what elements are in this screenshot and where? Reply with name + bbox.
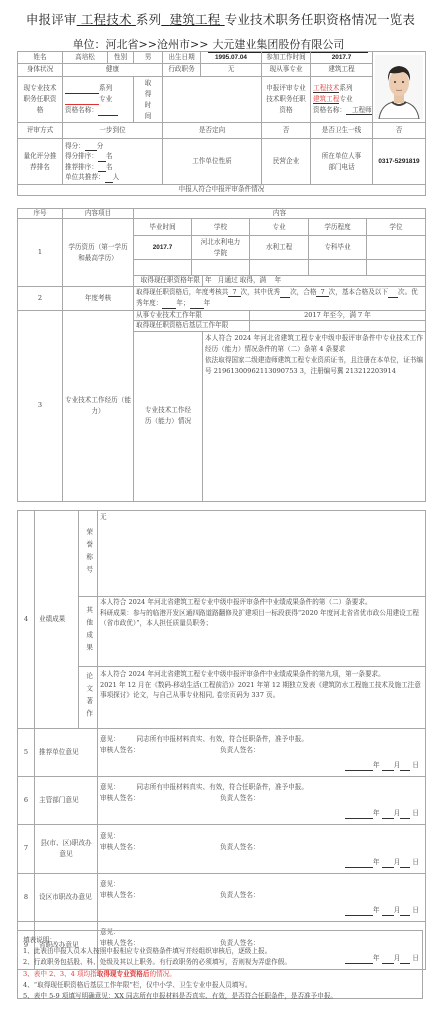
edu-item: 学历资历（第一学历和最高学历） (63, 219, 134, 286)
opinion-content: 意见： 审核人签名：负责人签名： 年 月 日 (98, 874, 426, 922)
edu-header-school: 学校 (192, 219, 250, 236)
filling-notes: 填表说明： 1、此表由申报人员本人按照申报相应专业资格条件填写并经组织审核后，逐… (17, 930, 423, 999)
note-item: 3、表中 2、3、4 项均指取得现专业资格后的情况。 (23, 969, 422, 980)
annual-text-b: 次，其中优秀 (241, 288, 281, 296)
annual-text-g: 年 (204, 299, 211, 307)
date-line: 年 月 日 (100, 808, 423, 819)
current-major-label: 现从事专业 (262, 64, 311, 77)
other-achievements-p2: 科研成果：参与的临港开发区通四路道路翻修及扩建项目一标段获得“2020 年度河北… (100, 608, 423, 629)
date-line: 年 月 日 (100, 857, 423, 868)
hr-phone-value: 0317-5291819 (373, 139, 426, 185)
current-series-suffix: 系列 (99, 84, 112, 92)
signature-line: 审核人签名：负责人签名： (100, 842, 423, 853)
edu-row2-col4 (309, 260, 367, 276)
paper-label-text: 论文著作 (83, 672, 92, 722)
score-rank-label: 得分排序： (65, 152, 98, 160)
conditions-table: 序号 内容项目 内容 1 学历资历（第一学历和最高学历） 毕业时间 学校 专业 … (17, 208, 426, 502)
experience-years-label: 从事专业技术工作年限 (134, 310, 250, 320)
birth-value: 1995.07.04 (201, 52, 262, 64)
grassroots-years-value (250, 321, 426, 331)
hr-phone-label: 所在单位人事部门电话 (311, 139, 373, 185)
opinion-label: 主管部门意见 (35, 777, 98, 825)
gender-value: 男 (134, 52, 163, 64)
date-line: 年 月 日 (100, 760, 423, 771)
opinion-row: 8 设区市职改办意见 意见： 审核人签名：负责人签名： 年 月 日 (18, 874, 426, 922)
edu-degree (367, 236, 426, 260)
note-3-b: 的情况。 (149, 970, 175, 978)
quant-values: 得分：分 得分排序：名 推荐排序：名 单位共推荐：人 (63, 139, 163, 185)
reviewer-signature-label: 审核人签名： (100, 745, 220, 756)
current-major-suffix: 专业 (99, 95, 112, 103)
opinion-label: 县(市、区)职改办意见 (35, 825, 98, 874)
obtain-time-value (163, 77, 262, 123)
paper-p2: 2021 年 12 月在《数码-移动生活(工程前沿)》2021 年第 12 期独… (100, 680, 423, 701)
col-no-header: 序号 (18, 209, 63, 219)
signature-line: 审核人签名：负责人签名： (100, 745, 423, 756)
opinion-label: 推荐单位意见 (35, 729, 98, 777)
title-suffix: 专业技术职务任职资格情况一览表 (225, 12, 416, 27)
opinion-text: 意见： 同志所有申报材料真实、有效，符合任职条件，准予申报。 (100, 734, 423, 745)
health-frontline-label: 是否卫生一线 (311, 123, 373, 139)
score-rank-unit: 名 (106, 152, 113, 160)
signature-line: 审核人签名：负责人签名： (100, 793, 423, 804)
leader-signature-label: 负责人签名： (220, 794, 260, 802)
score-unit: 分 (97, 142, 104, 150)
apply-series-suffix: 系列 (339, 84, 352, 92)
annual-text-d: 次，基本合格及以下 (329, 288, 388, 296)
year-label: 年 (373, 761, 380, 769)
year-label: 年 (373, 906, 380, 914)
annual-no: 2 (18, 286, 63, 310)
section-title: 申报人符合申报评审条件情况 (18, 185, 426, 196)
name-value: 高培松 (63, 52, 108, 64)
edu-row2-col2 (192, 260, 250, 276)
health-frontline-value: 否 (373, 123, 426, 139)
title-series: 工程技术 (81, 12, 132, 27)
opinion-content: 意见： 同志所有申报材料真实、有效，符合任职条件，准予申报。 审核人签名：负责人… (98, 777, 426, 825)
opinion-content: 意见： 同志所有申报材料真实、有效，符合任职条件，准予申报。 审核人签名：负责人… (98, 729, 426, 777)
unit-nature-label: 工作单位性质 (163, 139, 262, 185)
day-label: 日 (412, 858, 419, 866)
gender-label: 性别 (108, 52, 134, 64)
year-label: 年 (373, 809, 380, 817)
annual-text-c: 次，合格 (290, 288, 316, 296)
leader-signature-label: 负责人签名： (220, 746, 260, 754)
grassroots-years-label: 取得现任职资格后基层工作年限 (134, 321, 250, 331)
reviewer-signature-label: 审核人签名： (100, 793, 220, 804)
opinion-text: 意见： (100, 879, 423, 890)
opinion-text: 意见： 同志所有申报材料真实、有效，符合任职条件，准予申报。 (100, 782, 423, 793)
reviewer-signature-label: 审核人签名： (100, 890, 220, 901)
note-item: 2、行政职务包括股、科、处级及其以上职务。有行政职务的必须填写，否则视为弄虚作假… (23, 957, 422, 968)
apply-qual-name: 工程师 (346, 106, 373, 115)
admin-post-label: 行政职务 (163, 64, 201, 77)
edu-header-degree: 学位 (367, 219, 426, 236)
title-major: 建筑工程 (170, 12, 221, 27)
achievements-table: 4 业绩成果 荣誉称号 无 其他成果 本人符合 2024 年河北省建筑工程专业中… (17, 510, 426, 970)
opinion-content: 意见： 审核人签名：负责人签名： 年 月 日 (98, 825, 426, 874)
obtain-time-label: 取得时间 (134, 77, 163, 123)
edu-years-value: 年 月通过 取得，满 年 (203, 276, 426, 286)
month-label: 月 (394, 761, 401, 769)
edu-header-grad-time: 毕业时间 (134, 219, 192, 236)
note-item: 4、“取得现任职资格后基层工作年限”栏，仅中小学、卫生专业申报人员填写。 (23, 980, 422, 991)
experience-detail-label: 专业技术工作经历（能力）情况 (134, 331, 203, 501)
unit-total-label: 单位共推荐： (65, 173, 105, 181)
edu-years-label: 取得现任职资格年限 (134, 276, 203, 286)
edu-row2-col5 (367, 260, 426, 276)
opinion-row: 7 县(市、区)职改办意见 意见： 审核人签名：负责人签名： 年 月 日 (18, 825, 426, 874)
current-qual-label: 现专业技术职务任职资格 (18, 77, 63, 123)
paper-label: 论文著作 (79, 667, 98, 729)
experience-years-value: 2017 年至今，满 7 年 (250, 310, 426, 320)
photo-cell (373, 52, 426, 123)
work-start-label: 参加工作时间 (262, 52, 311, 64)
current-qual-name-label: 资格名称： (65, 106, 98, 114)
current-qual-value: 系列 专业 资格名称： (63, 77, 134, 123)
unit-nature-value: 民营企业 (262, 139, 311, 185)
annual-item: 年度考核 (63, 286, 134, 310)
experience-detail-p2: 依法取得国家二级建造师建筑工程专业资质证书，且注册在本单位，证书编号 21961… (205, 355, 423, 377)
edu-grad-time: 2017.7 (134, 236, 192, 260)
unit-total-unit: 人 (113, 173, 120, 181)
edu-header-major: 专业 (250, 219, 309, 236)
quant-label: 量化评分推荐排名 (18, 139, 63, 185)
apply-qual-value: 工程技术系列 建筑工程专业 资格名称：工程师 (311, 77, 373, 123)
directed-value: 否 (262, 123, 311, 139)
day-label: 日 (412, 761, 419, 769)
day-label: 日 (412, 906, 419, 914)
opinion-text: 意见： (100, 831, 423, 842)
paper-p1: 本人符合 2024 年河北省建筑工程专业中级申报评审条件中业绩成果条件的第九项，… (100, 669, 423, 680)
other-achievements-label: 其他成果 (79, 597, 98, 667)
annual-text-f: 年； (176, 299, 189, 307)
directed-label: 是否定向 (163, 123, 262, 139)
opinion-row: 5 推荐单位意见 意见： 同志所有申报材料真实、有效，符合任职条件，准予申报。 … (18, 729, 426, 777)
review-mode-value: 一步到位 (63, 123, 163, 139)
annual-content: 取得现任职资格后，年度考核共7次，其中优秀次，合格7次，基本合格及以下次。优秀年… (134, 286, 426, 310)
month-label: 月 (394, 858, 401, 866)
reviewer-signature-label: 审核人签名： (100, 842, 220, 853)
paper-value: 本人符合 2024 年河北省建筑工程专业中级申报评审条件中业绩成果条件的第九项，… (98, 667, 426, 729)
edu-header-level: 学历程度 (309, 219, 367, 236)
honor-value: 无 (98, 511, 426, 597)
review-mode-label: 评审方式 (18, 123, 63, 139)
note-item: 5、表中 5-9 项填写明确意见：XX 同志所有申报材料是否真实、有效，是否符合… (23, 991, 422, 1002)
title-prefix: 申报评审 (26, 12, 77, 27)
honor-label: 荣誉称号 (79, 511, 98, 597)
other-achievements-label-text: 其他成果 (83, 606, 92, 656)
rec-rank-unit: 名 (106, 163, 113, 171)
apply-major-suffix: 专业 (339, 95, 352, 103)
edu-school: 河北水利电力学院 (192, 236, 250, 260)
annual-total: 7 (228, 288, 240, 297)
opinion-row: 6 主管部门意见 意见： 同志所有申报材料真实、有效，符合任职条件，准予申报。 … (18, 777, 426, 825)
honor-label-text: 荣誉称号 (83, 528, 92, 578)
signature-line: 审核人签名：负责人签名： (100, 890, 423, 901)
experience-no: 3 (18, 310, 63, 501)
unit-label: 单位：河北省>>沧州市>> (73, 38, 209, 51)
edu-major: 水利工程 (250, 236, 309, 260)
date-line: 年 月 日 (100, 905, 423, 916)
admin-post-value: 无 (201, 64, 262, 77)
edu-row2-col1 (134, 260, 192, 276)
basic-info-table: 姓名 高培松 性别 男 出生日期 1995.07.04 参加工作时间 2017.… (17, 51, 426, 196)
notes-title: 填表说明： (23, 935, 422, 946)
experience-item: 专业技术工作经历（能力） (63, 310, 134, 501)
current-major-value: 建筑工程 (311, 64, 373, 77)
annual-pass: 7 (316, 288, 328, 297)
annual-text-a: 取得现任职资格后，年度考核共 (136, 288, 228, 296)
opinion-no: 7 (18, 825, 35, 874)
apply-series: 工程技术 (313, 84, 339, 93)
experience-detail: 本人符合 2024 年河北省建筑工程专业中级申报评审条件中专业技术工作经历（能力… (203, 331, 426, 501)
health-label: 身体状况 (18, 64, 63, 77)
opinion-no: 5 (18, 729, 35, 777)
health-value: 健康 (63, 64, 163, 77)
note-item: 1、此表由申报人员本人按照申报相应专业资格条件填写并经组织审核后，逐级上报。 (23, 946, 422, 957)
title-series-suffix: 系列 (136, 12, 161, 27)
opinion-no: 6 (18, 777, 35, 825)
other-achievements-p1: 本人符合 2024 年河北省建筑工程专业中级申报评审条件中业绩成果条件的第（二）… (100, 597, 423, 608)
experience-detail-p1: 本人符合 2024 年河北省建筑工程专业中级申报评审条件中专业技术工作经历（能力… (205, 333, 423, 355)
year-label: 年 (373, 858, 380, 866)
day-label: 日 (412, 809, 419, 817)
other-achievements-value: 本人符合 2024 年河北省建筑工程专业中级申报评审条件中业绩成果条件的第（二）… (98, 597, 426, 667)
month-label: 月 (394, 906, 401, 914)
leader-signature-label: 负责人签名： (220, 843, 260, 851)
birth-label: 出生日期 (163, 52, 201, 64)
note-3-a: 3、表中 2、3、4 项均指 (23, 970, 97, 978)
apply-qual-label: 申报评审专业技术职务任职资格 (262, 77, 311, 123)
opinion-label: 设区市职改办意见 (35, 874, 98, 922)
name-label: 姓名 (18, 52, 63, 64)
col-item-header: 内容项目 (63, 209, 134, 219)
work-start-value: 2017.7 (311, 52, 373, 64)
col-content-header: 内容 (134, 209, 426, 219)
opinion-no: 8 (18, 874, 35, 922)
edu-row2-col3 (250, 260, 309, 276)
score-label: 得分： (65, 142, 85, 150)
achievements-no: 4 (18, 511, 35, 729)
note-3-emphasis: 取得现专业资格后 (97, 970, 150, 978)
leader-signature-label: 负责人签名： (220, 891, 260, 899)
edu-level: 专科毕业 (309, 236, 367, 260)
apply-major: 建筑工程 (313, 95, 339, 104)
apply-qual-name-label: 资格名称： (313, 106, 346, 114)
month-label: 月 (394, 809, 401, 817)
applicant-photo (375, 55, 423, 119)
rec-rank-label: 推荐排序： (65, 163, 98, 171)
page-title: 申报评审 工程技术 系列 建筑工程 专业技术职务任职资格情况一览表 (0, 10, 441, 28)
edu-no: 1 (18, 219, 63, 286)
achievements-item: 业绩成果 (35, 511, 79, 729)
